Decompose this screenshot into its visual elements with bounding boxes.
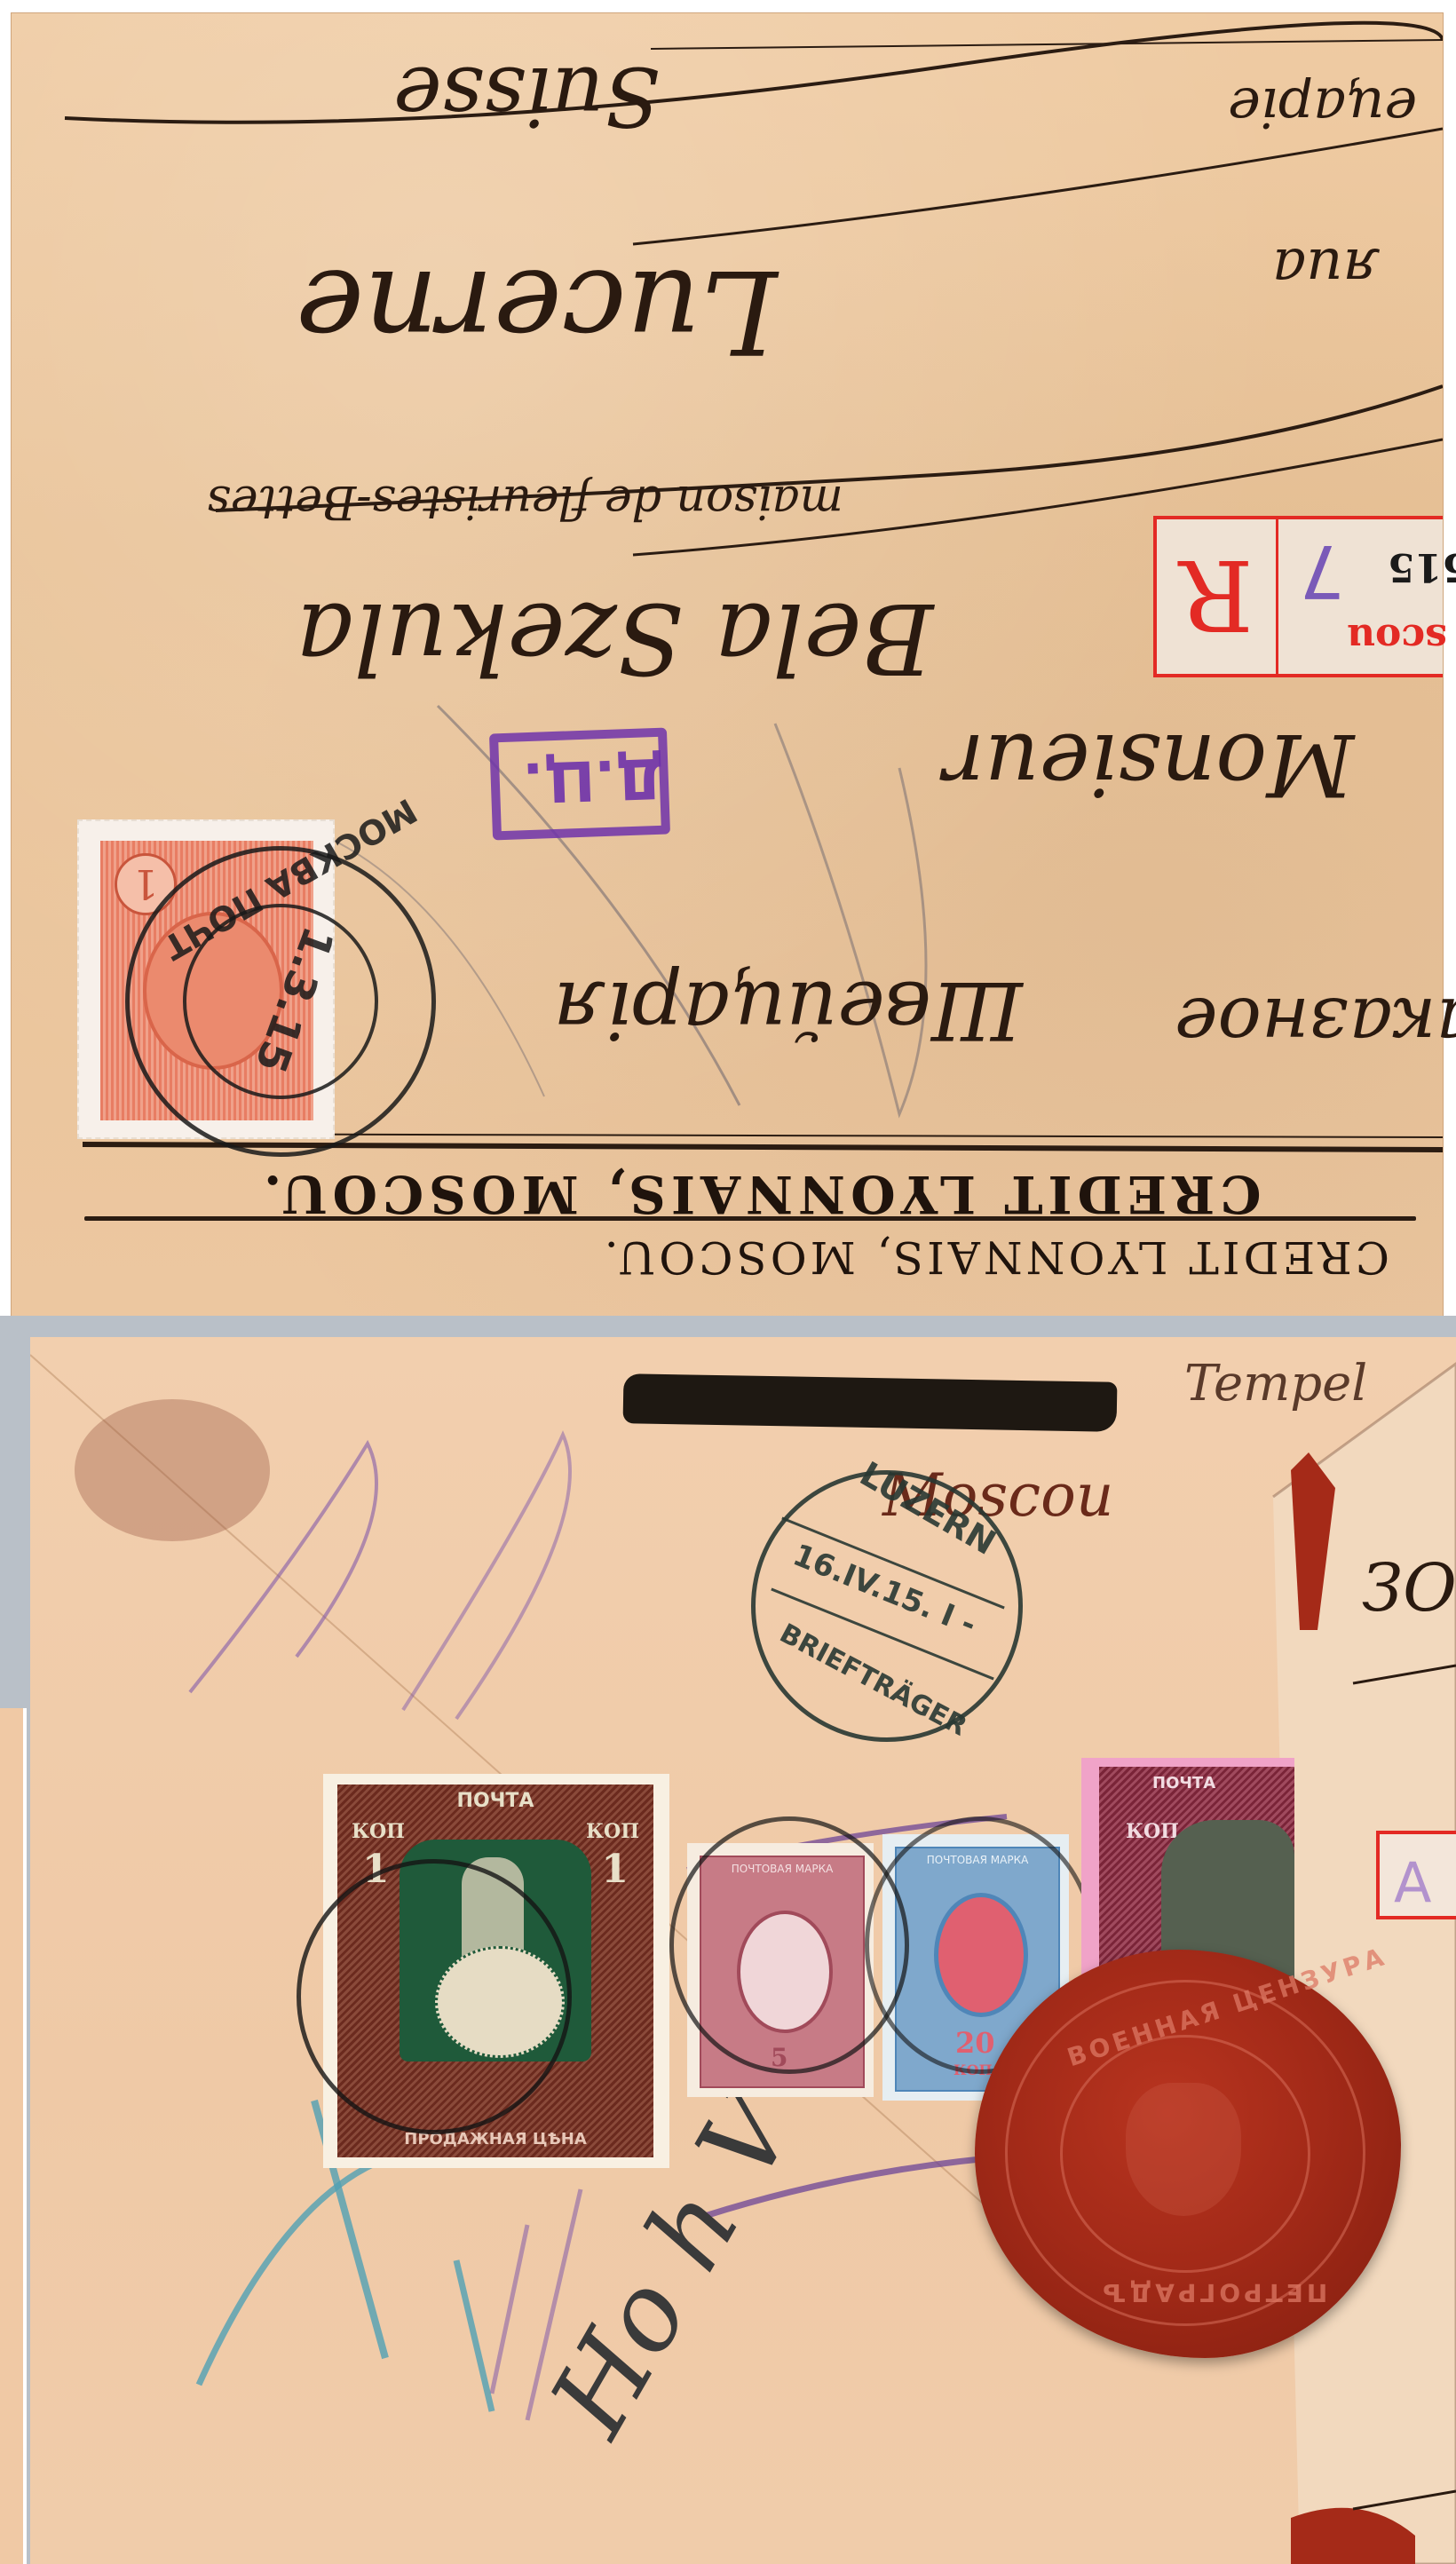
back-registration-fragment: А bbox=[1376, 1831, 1456, 1919]
registration-label: R 515 scou 7 bbox=[1153, 516, 1443, 677]
registration-label-divider bbox=[1276, 519, 1278, 674]
charity-1k-denom-right: 1 bbox=[601, 1847, 629, 1892]
charity-1k-top-text: ПОЧТА bbox=[337, 1790, 653, 1812]
address-name: Bela Szekula bbox=[296, 582, 933, 695]
address-street: maison de fleuristes-Bettes bbox=[207, 475, 843, 528]
registration-violet-numeral: 7 bbox=[1299, 528, 1345, 613]
envelope-back: Tempel Moscou ЗО Ho h V LUZERN 16.IV.15.… bbox=[30, 1337, 1456, 2564]
front-postmark: 1.3.15 МОСКВА ПОЧТ bbox=[125, 846, 436, 1157]
luzern-postmark: LUZERN 16.IV.15. I - BRIEFTRÄGER bbox=[751, 1470, 1023, 1742]
printed-sender-text: CREDIT LYONNAIS, MOSCOU. bbox=[258, 1164, 1261, 1224]
registration-city: scou bbox=[1347, 615, 1447, 661]
address-fragment-right: яua bbox=[1272, 235, 1381, 301]
back-registration-letter: А bbox=[1394, 1850, 1431, 1915]
violet-box-text: Д.Ц. bbox=[522, 746, 666, 816]
back-moscow-postmark-1 bbox=[297, 1859, 572, 2134]
registration-number: 515 bbox=[1388, 544, 1456, 590]
charity-3k-corner: КОП bbox=[1126, 1820, 1179, 1843]
back-handwriting-flap: ЗО bbox=[1362, 1550, 1456, 1626]
scan-left-strip bbox=[0, 1342, 30, 2564]
redaction-bar bbox=[623, 1373, 1118, 1432]
violet-box-handstamp: Д.Ц. bbox=[489, 728, 670, 841]
envelope-front: CREDIT LYONNAIS, MOSCOU. Suisse ецаріе я… bbox=[11, 12, 1444, 1318]
address-fragment-top-right: ецаріе bbox=[1228, 75, 1417, 140]
address-city: Lucerne bbox=[296, 244, 778, 379]
address-salutation: Monsieur bbox=[944, 715, 1354, 814]
charity-1k-bottom-text: ПРОДАЖНАЯ ЦѢНА bbox=[337, 2130, 653, 2149]
charity-3k-top-text: ПОЧТА bbox=[1152, 1774, 1215, 1792]
back-handwriting-top: Tempel bbox=[1184, 1355, 1367, 1413]
charity-1k-corner-left: КОП bbox=[352, 1820, 405, 1843]
envelope-edge bbox=[0, 1708, 27, 2564]
seal-text-bottom: ПЕТРОГРАДЪ bbox=[1099, 2278, 1327, 2307]
address-russian-registered: Заказное bbox=[1175, 981, 1456, 1065]
registration-letter: R bbox=[1180, 546, 1254, 644]
address-country: Suisse bbox=[393, 49, 661, 144]
luzern-postmark-date: 16.IV.15. I - bbox=[787, 1538, 980, 1643]
address-russian-country: Швейцарія bbox=[553, 963, 1023, 1056]
charity-1k-corner-right: КОП bbox=[586, 1820, 639, 1843]
seal-eagle-emblem bbox=[1126, 2083, 1241, 2216]
